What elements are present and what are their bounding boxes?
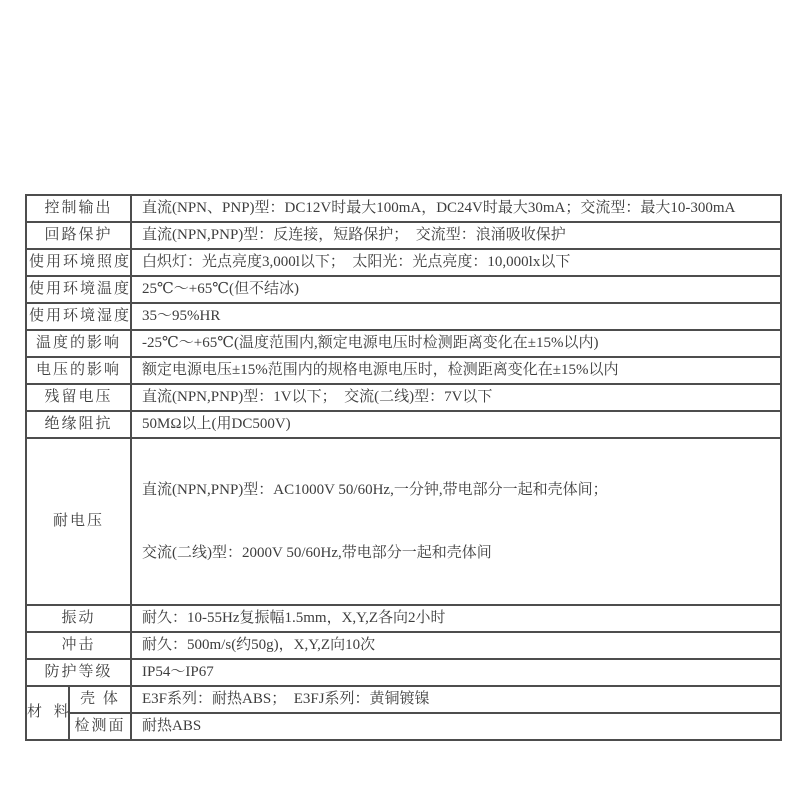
spec-value: 耐热ABS — [131, 713, 781, 740]
spec-label: 耐电压 — [26, 438, 131, 605]
spec-row-ambient-humidity: 使用环境湿度 35～95%HR — [26, 303, 781, 330]
spec-label: 控制输出 — [26, 195, 131, 222]
spec-value: 直流(NPN,PNP)型：反连接，短路保护； 交流型：浪涌吸收保护 — [131, 222, 781, 249]
spec-sublabel-sensing-face: 检测面 — [69, 713, 131, 740]
spec-value: 50MΩ以上(用DC500V) — [131, 411, 781, 438]
spec-row-shock: 冲击 耐久：500m/s(约50g)，X,Y,Z向10次 — [26, 632, 781, 659]
spec-row-voltage-influence: 电压的影响 额定电源电压±15%范围内的规格电源电压时，检测距离变化在±15%以… — [26, 357, 781, 384]
spec-label: 回路保护 — [26, 222, 131, 249]
spec-row-control-output: 控制输出 直流(NPN、PNP)型：DC12V时最大100mA，DC24V时最大… — [26, 195, 781, 222]
spec-row-residual-voltage: 残留电压 直流(NPN,PNP)型：1V以下； 交流(二线)型：7V以下 — [26, 384, 781, 411]
spec-row-temperature-influence: 温度的影响 -25℃～+65℃(温度范围内,额定电源电压时检测距离变化在±15%… — [26, 330, 781, 357]
spec-value: E3F系列：耐热ABS； E3FJ系列：黄铜镀镍 — [131, 686, 781, 713]
spec-row-material-housing: 材 料 壳 体 E3F系列：耐热ABS； E3FJ系列：黄铜镀镍 — [26, 686, 781, 713]
page: 控制输出 直流(NPN、PNP)型：DC12V时最大100mA，DC24V时最大… — [0, 0, 800, 800]
spec-value: 直流(NPN,PNP)型：AC1000V 50/60Hz,一分钟,带电部分一起和… — [131, 438, 781, 605]
spec-value: 额定电源电压±15%范围内的规格电源电压时，检测距离变化在±15%以内 — [131, 357, 781, 384]
spec-label-material: 材 料 — [26, 686, 69, 740]
spec-label: 绝缘阻抗 — [26, 411, 131, 438]
spec-value: 35～95%HR — [131, 303, 781, 330]
spec-table-wrap: 控制输出 直流(NPN、PNP)型：DC12V时最大100mA，DC24V时最大… — [25, 194, 782, 741]
spec-row-ambient-temperature: 使用环境温度 25℃～+65℃(但不结冰) — [26, 276, 781, 303]
spec-label: 振动 — [26, 605, 131, 632]
spec-value: 耐久：10-55Hz复振幅1.5mm，X,Y,Z各向2小时 — [131, 605, 781, 632]
spec-row-protection-rating: 防护等级 IP54～IP67 — [26, 659, 781, 686]
spec-value: 25℃～+65℃(但不结冰) — [131, 276, 781, 303]
spec-value: -25℃～+65℃(温度范围内,额定电源电压时检测距离变化在±15%以内) — [131, 330, 781, 357]
spec-row-material-sensing-face: 检测面 耐热ABS — [26, 713, 781, 740]
spec-value: 白炽灯：光点亮度3,000l以下； 太阳光：光点亮度：10,000lx以下 — [131, 249, 781, 276]
spec-label: 使用环境温度 — [26, 276, 131, 303]
spec-row-circuit-protection: 回路保护 直流(NPN,PNP)型：反连接，短路保护； 交流型：浪涌吸收保护 — [26, 222, 781, 249]
spec-label: 使用环境照度 — [26, 249, 131, 276]
spec-sublabel-housing: 壳 体 — [69, 686, 131, 713]
spec-value: 直流(NPN,PNP)型：1V以下； 交流(二线)型：7V以下 — [131, 384, 781, 411]
spec-label: 残留电压 — [26, 384, 131, 411]
spec-row-withstand-voltage: 耐电压 直流(NPN,PNP)型：AC1000V 50/60Hz,一分钟,带电部… — [26, 438, 781, 605]
spec-label: 温度的影响 — [26, 330, 131, 357]
spec-table: 控制输出 直流(NPN、PNP)型：DC12V时最大100mA，DC24V时最大… — [25, 194, 782, 741]
spec-row-insulation-resistance: 绝缘阻抗 50MΩ以上(用DC500V) — [26, 411, 781, 438]
spec-row-ambient-illuminance: 使用环境照度 白炽灯：光点亮度3,000l以下； 太阳光：光点亮度：10,000… — [26, 249, 781, 276]
spec-value-line-2: 交流(二线)型：2000V 50/60Hz,带电部分一起和壳体间 — [142, 540, 770, 566]
spec-value: 耐久：500m/s(约50g)，X,Y,Z向10次 — [131, 632, 781, 659]
spec-value-line-1: 直流(NPN,PNP)型：AC1000V 50/60Hz,一分钟,带电部分一起和… — [142, 477, 770, 503]
spec-label: 防护等级 — [26, 659, 131, 686]
spec-value: 直流(NPN、PNP)型：DC12V时最大100mA，DC24V时最大30mA；… — [131, 195, 781, 222]
spec-value: IP54～IP67 — [131, 659, 781, 686]
spec-label: 电压的影响 — [26, 357, 131, 384]
spec-row-vibration: 振动 耐久：10-55Hz复振幅1.5mm，X,Y,Z各向2小时 — [26, 605, 781, 632]
spec-label: 冲击 — [26, 632, 131, 659]
spec-label: 使用环境湿度 — [26, 303, 131, 330]
